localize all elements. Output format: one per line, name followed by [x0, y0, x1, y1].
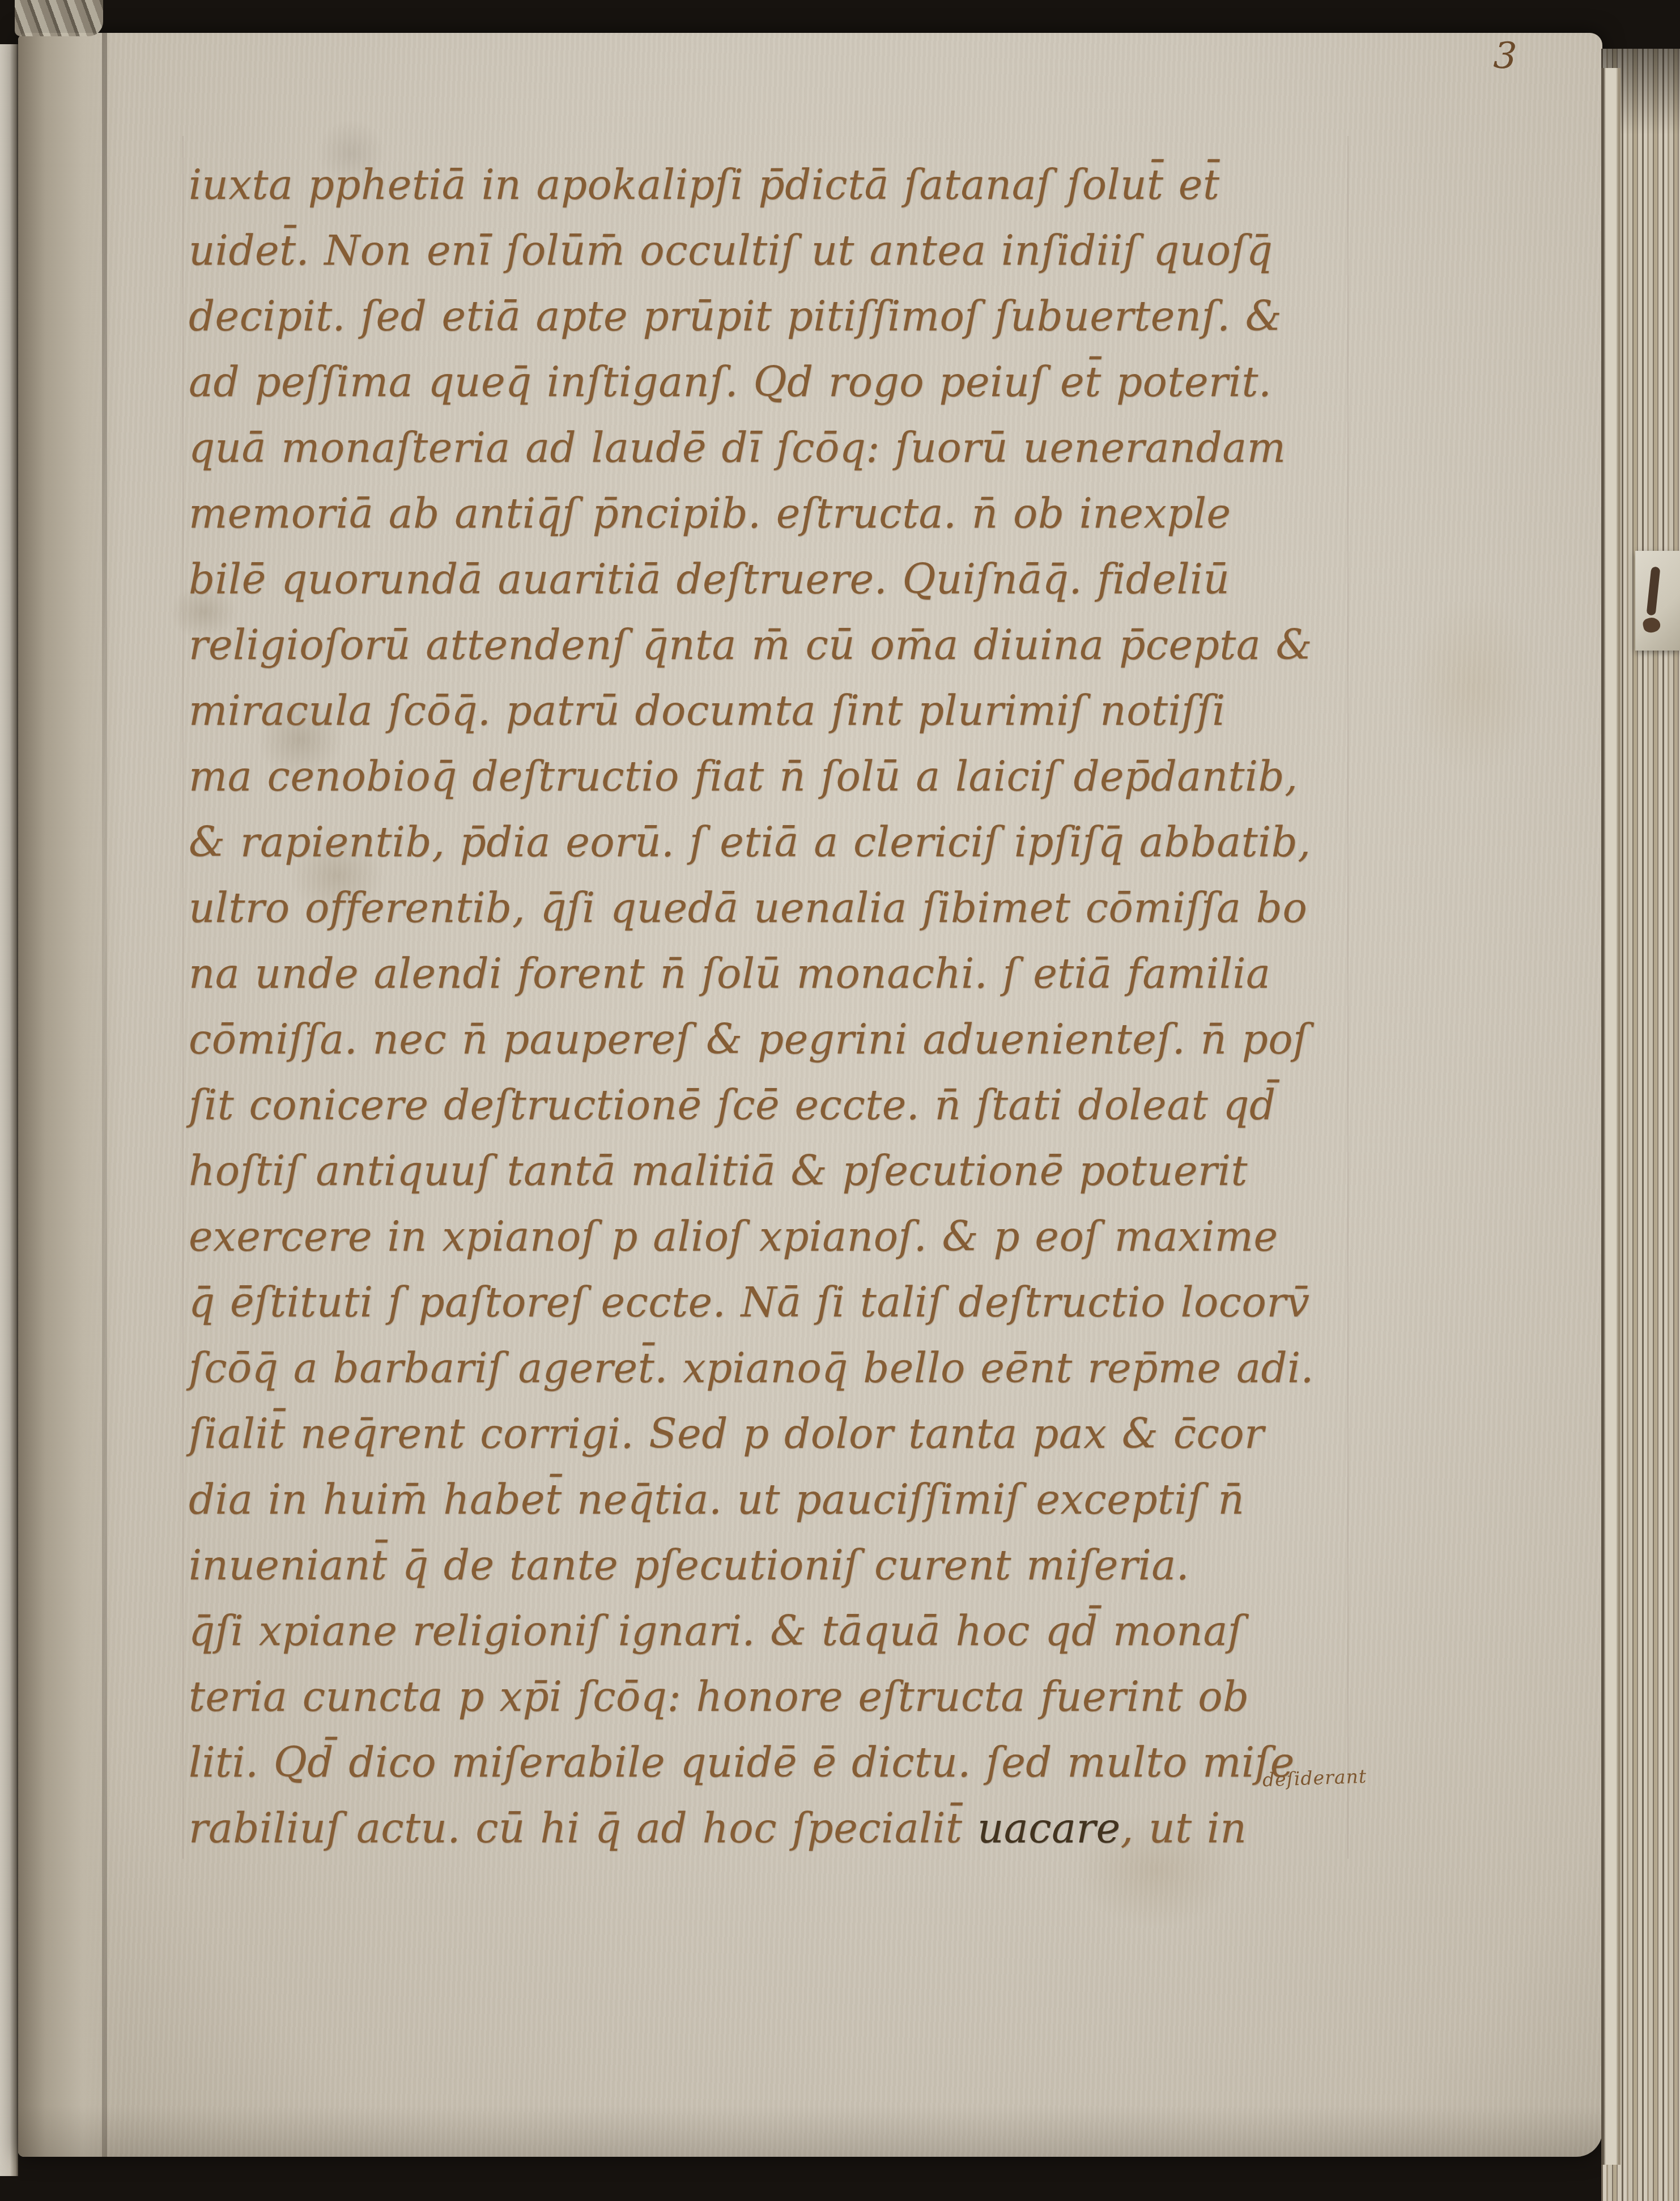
manuscript-line-last: rabiliuſ actu. cū hi q̄ ad hoc ſpecialit… — [189, 1795, 1356, 1861]
manuscript-line: memoriā ab antiq̄ſ p̄ncipib. eſtructa. n… — [189, 481, 1356, 546]
manuscript-line: bilē quorundā auaritiā deſtruere. Quiſnā… — [189, 546, 1356, 612]
fore-edge-tab — [1635, 551, 1680, 651]
manuscript-line: ma cenobioq̄ deſtructio fiat n̄ ſolū a l… — [189, 743, 1356, 809]
ruling-line-left — [182, 136, 184, 1859]
manuscript-line: ſit conicere deſtructionē ſcē eccte. n̄ … — [189, 1072, 1356, 1138]
manuscript-line: miracula ſcōq̄. patrū documta ſint pluri… — [189, 678, 1356, 743]
manuscript-line: iuxta pphetiā in apokalipſi p̄dictā ſata… — [189, 152, 1356, 218]
fore-edge-inner-band — [1601, 68, 1621, 2165]
manuscript-line: religioſorū attendenſ q̄nta m̄ cū om̄a d… — [189, 612, 1356, 678]
manuscript-line: uidet̄. Non enī ſolūm̄ occultiſ ut antea… — [189, 218, 1356, 283]
last-line-correction: uacare — [977, 1804, 1121, 1852]
page-bottom-shadow — [18, 2106, 1602, 2157]
facing-page-edge — [0, 44, 18, 2176]
manuscript-line: dia in huim̄ habet̄ neq̄tia. ut pauciſſi… — [189, 1467, 1356, 1532]
manuscript-line: inueniant̄ q̄ de tante pſecutioniſ curen… — [189, 1532, 1356, 1598]
manuscript-line: liti. Qd̄ dico miſerabile quidē ē dictu.… — [189, 1730, 1356, 1795]
manuscript-line: hoſtiſ antiquuſ tantā malitiā & pſecutio… — [189, 1138, 1356, 1204]
gutter-crease — [102, 33, 107, 2157]
manuscript-line: q̄ſi xpiane religioniſ ignari. & tāquā h… — [189, 1598, 1356, 1664]
tab-ink-mark — [1642, 616, 1662, 634]
manuscript-line: ultro offerentib, q̄ſi quedā uenalia ſib… — [189, 875, 1356, 941]
parchment-stain — [1405, 595, 1541, 776]
last-line-end: , ut in — [1121, 1804, 1247, 1852]
manuscript-line: na unde alendi forent n̄ ſolū monachi. ſ… — [189, 941, 1356, 1006]
interlinear-gloss: deſiderant — [1262, 1765, 1367, 1791]
text-block: iuxta pphetiā in apokalipſi p̄dictā ſata… — [189, 152, 1356, 1861]
page-gutter — [18, 33, 123, 2157]
binding-headband — [15, 0, 103, 36]
folio-number: 3 — [1492, 35, 1518, 78]
manuscript-line: quā monaſteria ad laudē dī ſcōq: ſuorū u… — [189, 415, 1356, 481]
manuscript-line: teria cuncta p xp̄i ſcōq: honore eſtruct… — [189, 1664, 1356, 1730]
tab-ink-mark — [1647, 566, 1661, 615]
manuscript-line: & rapientib, p̄dia eorū. ſ etiā a cleric… — [189, 809, 1356, 875]
book-photo: { "photo": { "folio_number": "3", "inter… — [0, 0, 1680, 2201]
manuscript-line: cōmiſſa. nec n̄ paupereſ & pegrini aduen… — [189, 1006, 1356, 1072]
manuscript-line: decipit. ſed etiā apte prūpit pitiſſimoſ… — [189, 283, 1356, 349]
manuscript-line: exercere in xpianoſ p alioſ xpianoſ. & p… — [189, 1204, 1356, 1269]
manuscript-line: q̄ ēſtituti ſ paſtoreſ eccte. Nā ſi tali… — [189, 1269, 1356, 1335]
manuscript-line: ad peſſima queq̄ inſtiganſ. Qd rogo peiu… — [189, 349, 1356, 415]
manuscript-line: ſialit̄ neq̄rent corrigi. Sed p dolor ta… — [189, 1401, 1356, 1467]
manuscript-line: ſcōq̄ a barbariſ ageret̄. xpianoq̄ bello… — [189, 1335, 1356, 1401]
last-line-start: rabiliuſ actu. cū hi q̄ ad hoc ſpecialit… — [189, 1804, 977, 1852]
